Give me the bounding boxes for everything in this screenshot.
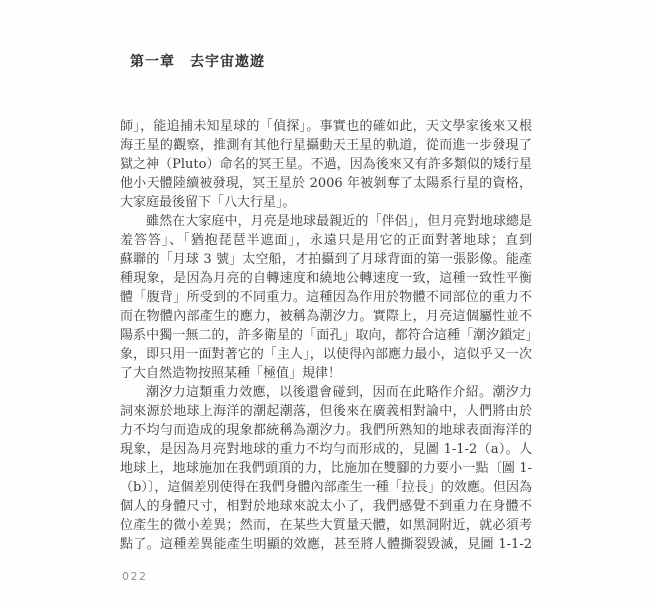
- body-line: 點了。這種差異能產生明顯的效應，甚至將人體撕裂毀滅，見圖 1-1-2（c）。: [120, 535, 532, 554]
- body-line: 雖然在大家庭中，月亮是地球最親近的「伴侶」，但月亮對地球總是「羞: [120, 212, 532, 231]
- body-line: 力不均勻而造成的現象都統稱為潮汐力。我們所熟知的地球表面海洋的潮汐: [120, 421, 532, 440]
- body-text-block: 師」，能追捕未知星球的「偵探」。事實也的確如此，天文學家後來又根據對 海王星的觀…: [120, 117, 532, 554]
- body-line: 地球上，地球施加在我們頭頂的力，比施加在雙腳的力要小一點〔圖 1-1-2: [120, 459, 532, 478]
- page-number: 022: [122, 570, 148, 583]
- body-line: 師」，能追捕未知星球的「偵探」。事實也的確如此，天文學家後來又根據對: [120, 117, 532, 136]
- body-line: 個人的身體尺寸，相對於地球來說太小了，我們感覺不到重力在身體不同部: [120, 497, 532, 516]
- body-line: 象，即只用一面對著它的「主人」，以使得內部應力最小，這似乎又一次證實: [120, 345, 532, 364]
- body-line: 他小天體陸續被發現，冥王星於 2006 年被剝奪了太陽系行星的資格，我們的: [120, 174, 532, 193]
- chapter-header: 第一章 去宇宙遨遊: [130, 51, 265, 71]
- body-line: 獄之神（Pluto）命名的冥王星。不過，因為後來又有許多類似的矮行星及其: [120, 155, 532, 174]
- body-line: 潮汐力這類重力效應，以後還會碰到，因而在此略作介紹。潮汐力這個: [120, 383, 532, 402]
- body-line: 海王星的觀察，推測有其他行星攝動天王星的軌道，從而進一步發現了以地: [120, 136, 532, 155]
- body-line: 詞來源於地球上海洋的潮起潮落，但後來在廣義相對論中，人們將由於重: [120, 402, 532, 421]
- body-line: 大家庭最後留下「八大行星」。: [120, 193, 532, 212]
- body-line: 了大自然造物按照某種「極值」規律！: [120, 364, 532, 383]
- body-line: 陽系中獨一無二的，許多衛星的「面孔」取向，都符合這種「潮汐鎖定」現: [120, 326, 532, 345]
- body-line: 位產生的微小差異；然而，在某些大質量天體，如黑洞附近，就必須考慮這: [120, 516, 532, 535]
- body-line: （b）〕，這個差別使得在我們身體內部產生一種「拉長」的效應。但因為我們: [120, 478, 532, 497]
- body-line: 蘇聯的「月球 3 號」太空船，才拍攝到了月球背面的第一張影像。能產生這: [120, 250, 532, 269]
- body-line: 種現象，是因為月亮的自轉速度和繞地公轉速度一致，這種一致性平衡了星: [120, 269, 532, 288]
- body-line: 而在物體內部產生的應力，被稱為潮汐力。實際上，月亮這個屬性並不是太: [120, 307, 532, 326]
- body-line: 現象，是因為月亮對地球的重力不均勻而形成的，見圖 1-1-2（a）。人站在: [120, 440, 532, 459]
- body-line: 羞答答」、「猶抱琵琶半遮面」，永遠只是用它的正面對著地球；直到 1959 年，: [120, 231, 532, 250]
- book-page: 第一章 去宇宙遨遊 師」，能追捕未知星球的「偵探」。事實也的確如此，天文學家後來…: [0, 0, 655, 609]
- body-line: 體「腹背」所受到的不同重力。這種因為作用於物體不同部位的重力不同，: [120, 288, 532, 307]
